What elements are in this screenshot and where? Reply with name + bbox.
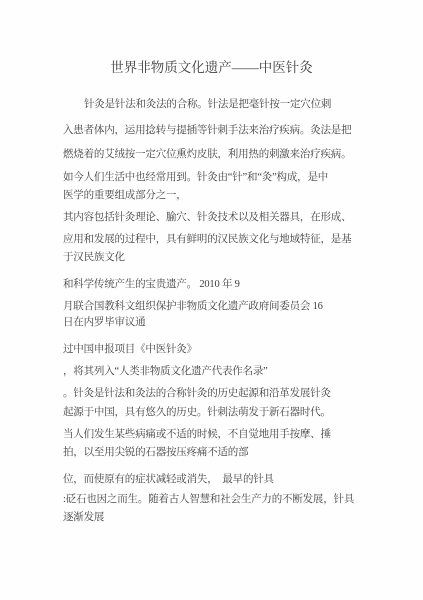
text-line: 。针灸是针法和灸法的合称针灸的历史起源和沿革发展针灸 xyxy=(63,388,331,400)
text-line: 其内容包括针灸理论、腧穴、针灸技术以及相关器具，在形成、 xyxy=(63,212,351,224)
text-line: 当人们发生某些病痛或不适的时候，不自觉地用手按摩、捶 xyxy=(63,429,331,441)
text-line: 过中国申报项目《中医针灸》 xyxy=(63,344,197,356)
text-line: 起源于中国，具有悠久的历史。针刺法萌发于新石器时代。 xyxy=(63,407,331,419)
document-page: 世界非物质文化遗产——中医针灸 针灸是针法和灸法的合称。针法是把毫针按一定穴位刺… xyxy=(0,0,423,600)
text-line: 针灸是针法和灸法的合称。针法是把毫针按一定穴位刺 xyxy=(84,99,331,111)
text-line: 于汉民族文化 xyxy=(63,252,125,264)
text-line: 拍，以至用尖锐的石器按压疼痛不适的部 xyxy=(63,447,248,459)
text-line: 和科学传统产生的宝贵遗产。 2010 年 9 xyxy=(63,279,240,291)
text-line: 燃烧着的艾绒按一定穴位熏灼皮肤，利用热的刺激来治疗疾病。 xyxy=(63,149,351,161)
text-line: 日在内罗毕审议通 xyxy=(63,317,145,329)
text-line: 入患者体内，运用捻转与提插等针刺手法来治疗疾病。灸法是把 xyxy=(63,125,351,137)
text-line: :砭石也因之而生。随着古人智慧和社会生产力的不断发展，针具 xyxy=(63,494,354,506)
text-line: 医学的重要组成部分之一， xyxy=(63,190,187,202)
text-line: ，将其列入“人类非物质文化遗产代表作名录” xyxy=(63,366,268,378)
text-line: 如今人们生活中也经常用到。针灸由“针”和“灸”构成，是中 xyxy=(63,172,328,184)
text-line: 位，而使原有的症状减轻或消失， 最早的针具 xyxy=(63,474,274,486)
text-line: 月联合国教科文组织保护非物质文化遗产政府间委员会 16 xyxy=(63,301,323,313)
text-line: 应用和发展的过程中，具有鲜明的汉民族文化与地域特征，是基 xyxy=(63,234,351,246)
document-title: 世界非物质文化遗产——中医针灸 xyxy=(0,56,423,76)
text-line: 逐渐发展 xyxy=(63,512,104,524)
